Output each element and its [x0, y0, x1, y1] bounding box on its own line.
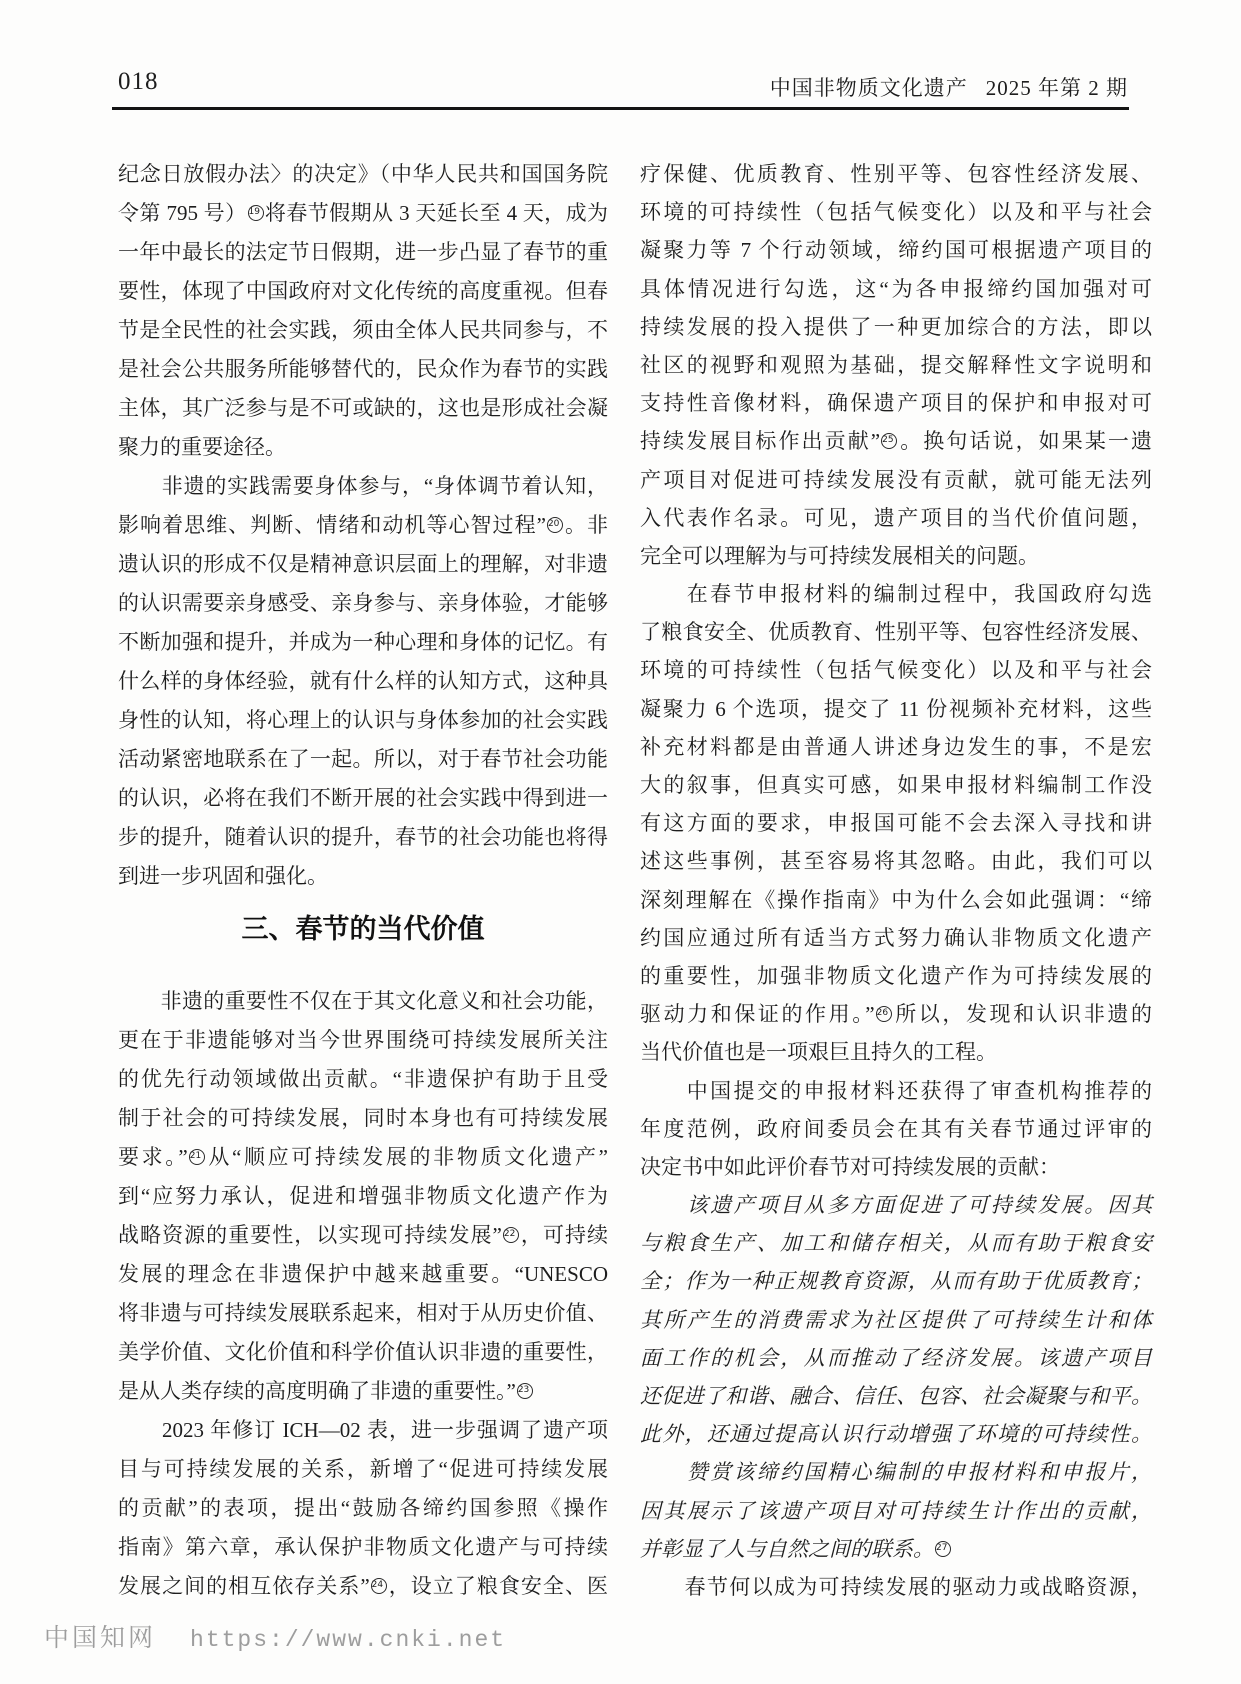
text-line: 凝聚力等 7 个行动领域，缔约国可根据遗产项目的 — [640, 231, 1152, 269]
footnote-ref-icon: 26 — [876, 1006, 892, 1022]
text-line: 疗保健、优质教育、性别平等、包容性经济发展、 — [640, 155, 1152, 193]
text-line: 产项目对促进可持续发展没有贡献，就可能无法列 — [640, 461, 1152, 499]
text-line: 将非遗与可持续发展联系起来，相对于从历史价值、 — [118, 1294, 608, 1333]
journal-page: 018 中国非物质文化遗产2025 年第 2 期 纪念日放假办法〉的决定》（中华… — [0, 0, 1241, 1684]
text-line: 身性的认知，将心理上的认识与身体参加的社会实践 — [118, 701, 608, 740]
text-line: 在春节申报材料的编制过程中，我国政府勾选 — [640, 575, 1152, 613]
text-line: 步的提升，随着认识的提升，春节的社会功能也将得 — [118, 818, 608, 857]
text-line: 决定书中如此评价春节对可持续发展的贡献： — [640, 1148, 1152, 1186]
text-line: 更在于非遗能够对当今世界围绕可持续发展所关注 — [118, 1021, 608, 1060]
text-line: 有这方面的要求，申报国可能不会去深入寻找和讲 — [640, 804, 1152, 842]
footnote-ref-icon: 27 — [935, 1541, 951, 1557]
quote-line: 赞赏该缔约国精心编制的申报材料和申报片， — [640, 1453, 1152, 1491]
footnote-ref-icon: 20 — [547, 517, 563, 533]
text-line: 具体情况进行勾选，这“为各申报缔约国加强对可 — [640, 270, 1152, 308]
text-line: 的重要性，加强非物质文化遗产作为可持续发展的 — [640, 957, 1152, 995]
footnote-ref-icon: 23 — [517, 1383, 533, 1399]
quote-line: 面工作的机会，从而推动了经济发展。该遗产项目 — [640, 1339, 1152, 1377]
text-line: 环境的可持续性（包括气候变化）以及和平与社会 — [640, 651, 1152, 689]
footnote-ref-icon: 22 — [503, 1227, 519, 1243]
text-line: 令第 795 号）19将春节假期从 3 天延长至 4 天，成为 — [118, 194, 608, 233]
text-column-right: 疗保健、优质教育、性别平等、包容性经济发展、环境的可持续性（包括气候变化）以及和… — [640, 155, 1152, 1606]
text-line: 约国应通过所有适当方式努力确认非物质文化遗产 — [640, 919, 1152, 957]
journal-header: 中国非物质文化遗产2025 年第 2 期 — [770, 72, 1128, 102]
quote-line: 因其展示了该遗产项目对可持续生计作出的贡献， — [640, 1492, 1152, 1530]
watermark-url: https://www.cnki.net — [190, 1627, 506, 1653]
text-line: 是社会公共服务所能够替代的，民众作为春节的实践 — [118, 350, 608, 389]
text-line: 完全可以理解为与可持续发展相关的问题。 — [640, 537, 1152, 575]
quote-line: 此外，还通过提高认识行动增强了环境的可持续性。 — [640, 1415, 1152, 1453]
quote-line: 该遗产项目从多方面促进了可持续发展。因其 — [640, 1186, 1152, 1224]
text-line: 一年中最长的法定节日假期，进一步凸显了春节的重 — [118, 233, 608, 272]
issue-label: 2025 年第 2 期 — [986, 76, 1128, 100]
text-line: 持续发展的投入提供了一种更加综合的方法，即以 — [640, 308, 1152, 346]
text-line: 中国提交的申报材料还获得了审查机构推荐的 — [640, 1072, 1152, 1110]
text-line: 环境的可持续性（包括气候变化）以及和平与社会 — [640, 193, 1152, 231]
text-line: 是从人类存续的高度明确了非遗的重要性。”23 — [118, 1372, 608, 1411]
text-column-left: 纪念日放假办法〉的决定》（中华人民共和国国务院令第 795 号）19将春节假期从… — [118, 155, 608, 1606]
text-line: 到进一步巩固和强化。 — [118, 857, 608, 896]
text-line: 不断加强和提升，并成为一种心理和身体的记忆。有 — [118, 623, 608, 662]
journal-title: 中国非物质文化遗产 — [770, 76, 968, 100]
text-line: 节是全民性的社会实践，须由全体人民共同参与，不 — [118, 311, 608, 350]
text-line: 美学价值、文化价值和科学价值认识非遗的重要性， — [118, 1333, 608, 1372]
text-line: 发展的理念在非遗保护中越来越重要。“UNESCO — [118, 1255, 608, 1294]
text-line: 社区的视野和观照为基础，提交解释性文字说明和 — [640, 346, 1152, 384]
section-heading: 三、春节的当代价值 — [118, 909, 608, 949]
text-line: 的认识需要亲身感受、亲身参与、亲身体验，才能够 — [118, 584, 608, 623]
text-line: 主体，其广泛参与是不可或缺的，这也是形成社会凝 — [118, 389, 608, 428]
text-line: 年度范例，政府间委员会在其有关春节通过评审的 — [640, 1110, 1152, 1148]
text-line: 什么样的身体经验，就有什么样的认知方式，这种具 — [118, 662, 608, 701]
text-line: 的贡献”的表项，提出“鼓励各缔约国参照《操作 — [118, 1489, 608, 1528]
text-line: 的优先行动领域做出贡献。“非遗保护有助于且受 — [118, 1060, 608, 1099]
text-line: 支持性音像材料，确保遗产项目的保护和申报对可 — [640, 384, 1152, 422]
text-line: 入代表作名录。可见，遗产项目的当代价值问题， — [640, 499, 1152, 537]
text-line: 要性，体现了中国政府对文化传统的高度重视。但春 — [118, 272, 608, 311]
footnote-ref-icon: 25 — [881, 433, 897, 449]
quote-line: 还促进了和谐、融合、信任、包容、社会凝聚与和平。 — [640, 1377, 1152, 1415]
text-line: 制于社会的可持续发展，同时本身也有可持续发展 — [118, 1099, 608, 1138]
text-line: 凝聚力 6 个选项，提交了 11 份视频补充材料，这些 — [640, 690, 1152, 728]
text-line: 发展之间的相互依存关系”24，设立了粮食安全、医 — [118, 1567, 608, 1606]
text-line: 到“应努力承认，促进和增强非物质文化遗产作为 — [118, 1177, 608, 1216]
text-line: 的认识，必将在我们不断开展的社会实践中得到进一 — [118, 779, 608, 818]
cnki-watermark: 中国知网https://www.cnki.net — [44, 1618, 506, 1654]
header-rule — [112, 107, 1129, 110]
text-line: 活动紧密地联系在了一起。所以，对于春节社会功能 — [118, 740, 608, 779]
text-line: 战略资源的重要性，以实现可持续发展”22，可持续 — [118, 1216, 608, 1255]
footnote-ref-icon: 19 — [248, 205, 264, 221]
text-line: 持续发展目标作出贡献”25。换句话说，如果某一遗 — [640, 422, 1152, 460]
text-line: 要求。”21从“顺应可持续发展的非物质文化遗产” — [118, 1138, 608, 1177]
page-number: 018 — [118, 68, 159, 96]
text-line: 春节何以成为可持续发展的驱动力或战略资源， — [640, 1568, 1152, 1606]
quote-line: 并彰显了人与自然之间的联系。27 — [640, 1530, 1152, 1568]
text-line: 纪念日放假办法〉的决定》（中华人民共和国国务院 — [118, 155, 608, 194]
quote-line: 其所产生的消费需求为社区提供了可持续生计和体 — [640, 1301, 1152, 1339]
text-line: 2023 年修订 ICH—02 表，进一步强调了遗产项 — [118, 1411, 608, 1450]
text-line: 目与可持续发展的关系，新增了“促进可持续发展 — [118, 1450, 608, 1489]
text-line: 了粮食安全、优质教育、性别平等、包容性经济发展、 — [640, 613, 1152, 651]
text-line: 聚力的重要途径。 — [118, 428, 608, 467]
text-line: 深刻理解在《操作指南》中为什么会如此强调：“缔 — [640, 881, 1152, 919]
text-line: 非遗的重要性不仅在于其文化意义和社会功能， — [118, 982, 608, 1021]
footnote-ref-icon: 21 — [189, 1149, 205, 1165]
text-line: 遗认识的形成不仅是精神意识层面上的理解，对非遗 — [118, 545, 608, 584]
text-line: 补充材料都是由普通人讲述身边发生的事，不是宏 — [640, 728, 1152, 766]
text-line: 驱动力和保证的作用。”26所以，发现和认识非遗的 — [640, 995, 1152, 1033]
watermark-site-name: 中国知网 — [44, 1625, 156, 1652]
text-line: 述这些事例，甚至容易将其忽略。由此，我们可以 — [640, 842, 1152, 880]
quote-line: 全；作为一种正规教育资源，从而有助于优质教育； — [640, 1262, 1152, 1300]
text-line: 非遗的实践需要身体参与，“身体调节着认知， — [118, 467, 608, 506]
text-line: 影响着思维、判断、情绪和动机等心智过程”20。非 — [118, 506, 608, 545]
text-line: 当代价值也是一项艰巨且持久的工程。 — [640, 1033, 1152, 1071]
text-line: 指南》第六章，承认保护非物质文化遗产与可持续 — [118, 1528, 608, 1567]
footnote-ref-icon: 24 — [371, 1578, 387, 1594]
quote-line: 与粮食生产、加工和储存相关，从而有助于粮食安 — [640, 1224, 1152, 1262]
text-line: 大的叙事，但真实可感，如果申报材料编制工作没 — [640, 766, 1152, 804]
